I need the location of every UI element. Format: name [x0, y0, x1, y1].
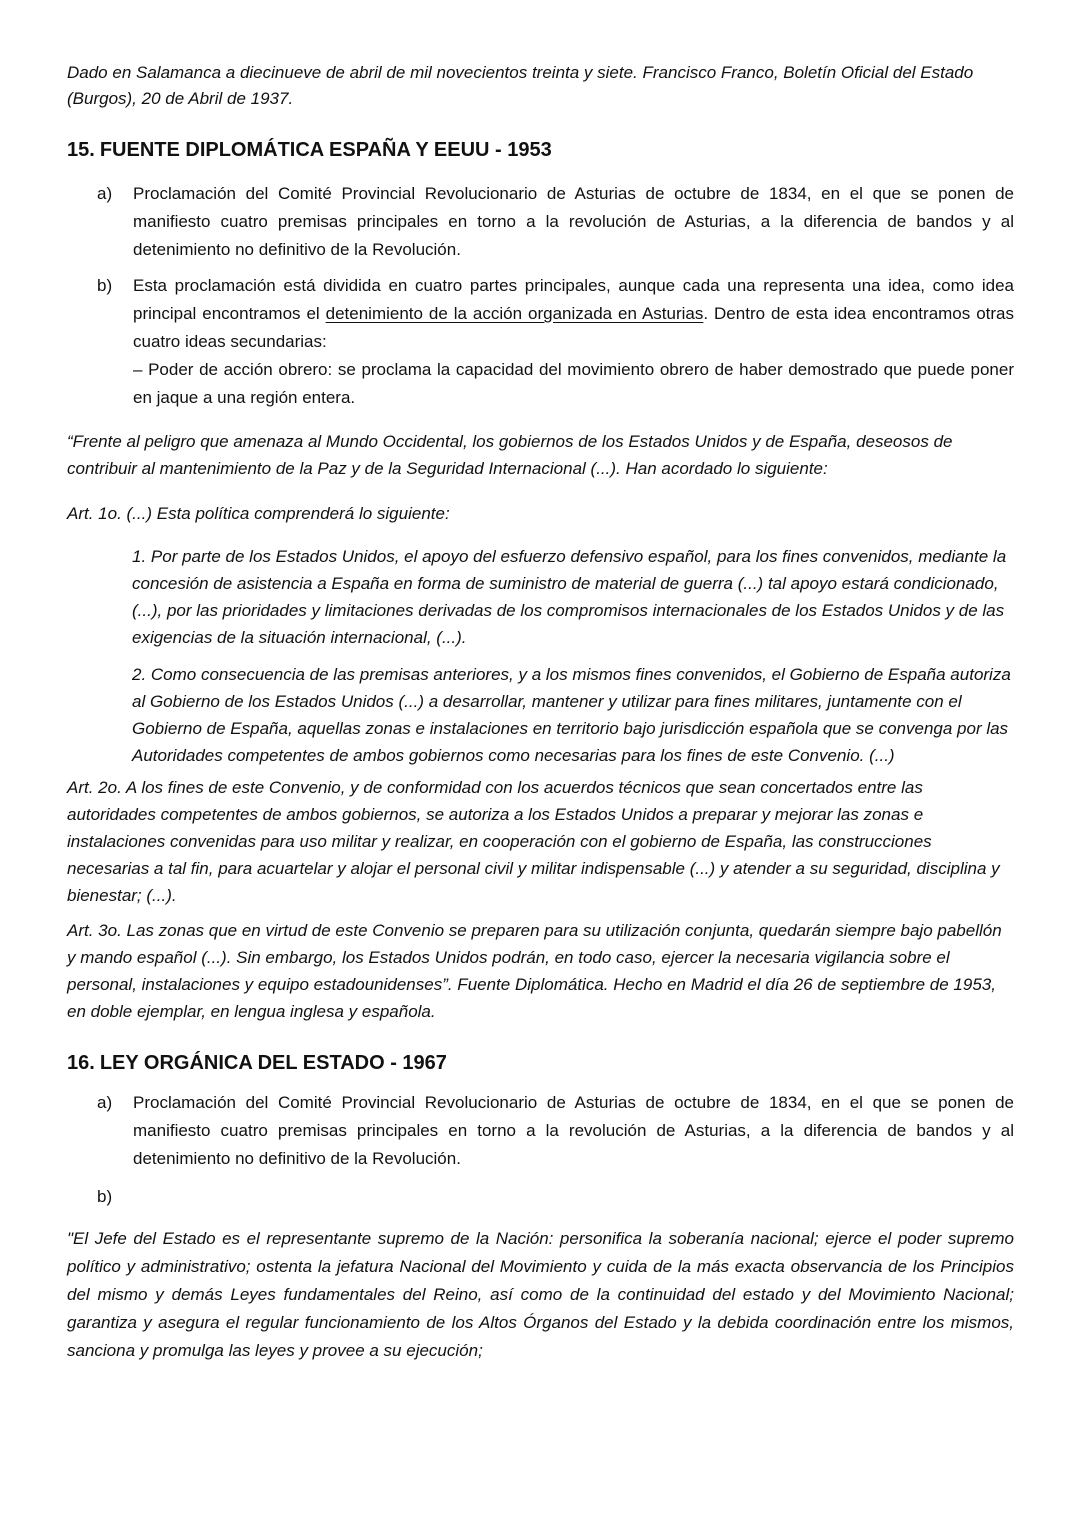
- intro-paragraph: Dado en Salamanca a diecinueve de abril …: [67, 60, 1014, 112]
- item-b-marker: b): [97, 1183, 133, 1211]
- final-quote-paragraph: "El Jefe del Estado es el representante …: [67, 1225, 1014, 1365]
- item-a-text: Proclamación del Comité Provincial Revol…: [133, 1089, 1014, 1173]
- section-15-item-a: a) Proclamación del Comité Provincial Re…: [67, 180, 1014, 264]
- section-16-title: LEY ORGÁNICA DEL ESTADO - 1967: [100, 1052, 447, 1074]
- article-1-point-2: 2. Como consecuencia de las premisas ant…: [132, 661, 1012, 769]
- section-16-item-b: b): [67, 1183, 1014, 1211]
- item-b-main-sentence: Esta proclamación está dividida en cuatr…: [133, 272, 1014, 356]
- section-16-number: 16.: [67, 1052, 95, 1074]
- article-1-point-1: 1. Por parte de los Estados Unidos, el a…: [132, 543, 1012, 651]
- article-1-intro: Art. 1o. (...) Esta política comprenderá…: [67, 500, 1014, 527]
- item-b-secondary-idea: – Poder de acción obrero: se proclama la…: [133, 356, 1014, 412]
- article-3-paragraph: Art. 3o. Las zonas que en virtud de este…: [67, 917, 1014, 1025]
- item-b-marker: b): [97, 272, 133, 300]
- item-a-marker: a): [97, 1089, 133, 1117]
- section-15-number: 15.: [67, 139, 95, 161]
- article-2-paragraph: Art. 2o. A los fines de este Convenio, y…: [67, 774, 1014, 909]
- item-a-marker: a): [97, 180, 133, 208]
- item-a-text: Proclamación del Comité Provincial Revol…: [133, 180, 1014, 264]
- section-15-heading: 15.FUENTE DIPLOMÁTICA ESPAÑA Y EEUU - 19…: [67, 138, 1014, 162]
- section-15-item-b: b) Esta proclamación está dividida en cu…: [67, 272, 1014, 412]
- document-page: Dado en Salamanca a diecinueve de abril …: [0, 0, 1080, 1527]
- section-16-heading: 16.LEY ORGÁNICA DEL ESTADO - 1967: [67, 1051, 1014, 1075]
- item-b-text: Esta proclamación está dividida en cuatr…: [133, 272, 1014, 412]
- treaty-preamble: “Frente al peligro que amenaza al Mundo …: [67, 428, 1014, 482]
- section-16-item-a: a) Proclamación del Comité Provincial Re…: [67, 1089, 1014, 1173]
- item-b-underlined-phrase: detenimiento de la acción organizada en …: [326, 304, 704, 323]
- section-15-title: FUENTE DIPLOMÁTICA ESPAÑA Y EEUU - 1953: [100, 139, 552, 161]
